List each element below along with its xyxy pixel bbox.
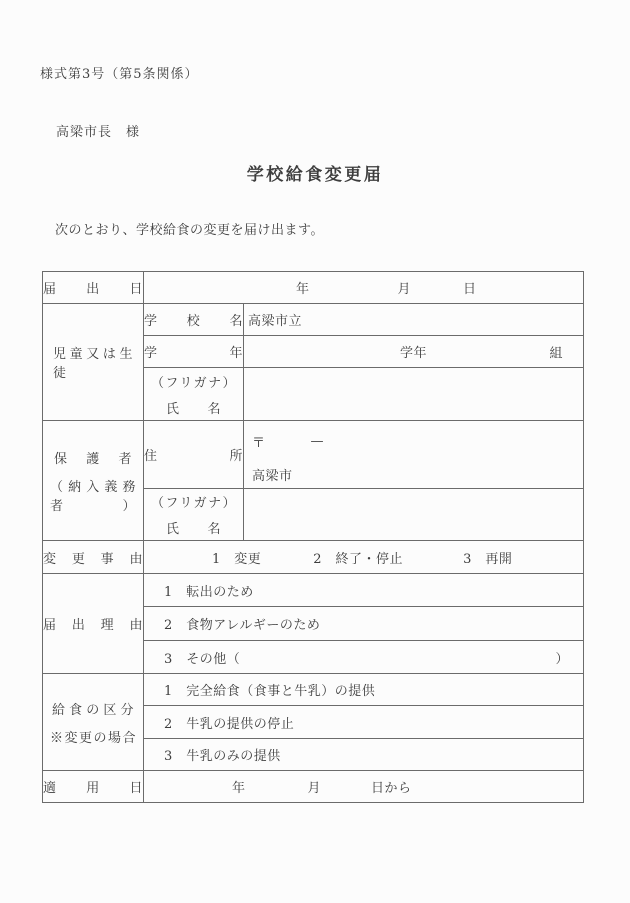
meal-category-item-3: 3 牛乳のみの提供 — [144, 739, 584, 771]
postal-mark: 〒 — [252, 432, 266, 451]
meal-category-row-1: 給食の区分 ※変更の場合 1 完全給食（食事と牛乳）の提供 — [43, 674, 584, 706]
meal-category-text-2: 2 牛乳の提供の停止 — [164, 713, 294, 732]
change-reason-label: 変更事由 — [43, 541, 144, 574]
address-city-value: 高梁市 — [252, 465, 583, 484]
addressee: 高梁市長 様 — [56, 121, 140, 140]
report-date-row: 届出日 年 月 日 — [43, 272, 584, 304]
class-unit-label: 組 — [550, 342, 564, 361]
school-name-value: 高梁市立 — [248, 310, 302, 329]
change-reason-options: 1 変更 2 終了・停止 3 再開 — [144, 541, 584, 574]
apply-day-from-label: 日から — [371, 777, 412, 796]
guardian-furigana-label: （フリガナ） — [144, 492, 243, 511]
student-name-label: （フリガナ） 氏名 — [144, 368, 244, 421]
guardian-section-label: 保護者 （納入義務者） — [43, 421, 144, 541]
grade-field: 学年 組 — [244, 336, 584, 368]
meal-category-text-1: 1 完全給食（食事と牛乳）の提供 — [164, 680, 375, 699]
apply-date-row: 適用日 年 月 日から — [43, 771, 584, 803]
guardian-name-field — [244, 489, 584, 541]
report-reason-text-1: 1 転出のため — [164, 581, 254, 600]
apply-month-label: 月 — [308, 777, 322, 796]
report-reason-item-2: 2 食物アレルギーのため — [144, 607, 584, 641]
report-reason-close-paren: ） — [556, 648, 570, 667]
grade-label: 学年 — [144, 336, 244, 368]
meal-category-label-line1: 給食の区分 — [43, 699, 143, 718]
guardian-name-caption: 氏名 — [144, 518, 243, 537]
student-section-label: 児童又は生徒 — [43, 304, 144, 421]
meal-category-label-line2: ※変更の場合 — [43, 727, 143, 746]
report-date-field: 年 月 日 — [144, 272, 584, 304]
grade-unit-label: 学年 — [400, 346, 427, 361]
school-name-field: 高梁市立 — [244, 304, 584, 336]
form-table: 届出日 年 月 日 児童又は生徒 学校名 高梁市立 学年 学年 — [42, 271, 584, 803]
document-title: 学校給食変更届 — [0, 160, 630, 185]
address-label: 住所 — [144, 421, 244, 489]
meal-category-label: 給食の区分 ※変更の場合 — [43, 674, 144, 771]
student-name-field — [244, 368, 584, 421]
report-reason-text-3: 3 その他（ — [164, 648, 240, 667]
report-reason-text-2: 2 食物アレルギーのため — [164, 614, 320, 633]
change-reason-option-3: 3 再開 — [463, 548, 512, 567]
guardian-address-row: 保護者 （納入義務者） 住所 〒 — 高梁市 — [43, 421, 584, 489]
intro-text: 次のとおり、学校給食の変更を届け出ます。 — [42, 219, 324, 238]
guardian-label-line1: 保護者 — [43, 448, 143, 467]
guardian-name-label: （フリガナ） 氏名 — [144, 489, 244, 541]
document-page: 様式第3号（第5条関係） 高梁市長 様 学校給食変更届 次のとおり、学校給食の変… — [0, 0, 630, 903]
school-name-row: 児童又は生徒 学校名 高梁市立 — [43, 304, 584, 336]
apply-year-label: 年 — [232, 777, 246, 796]
guardian-label-line2: （納入義務者） — [43, 476, 143, 514]
meal-category-text-3: 3 牛乳のみの提供 — [164, 745, 281, 764]
postal-dash: — — [311, 434, 325, 449]
report-reason-label: 届出理由 — [43, 574, 144, 674]
student-furigana-label: （フリガナ） — [144, 372, 243, 391]
report-date-label: 届出日 — [43, 272, 144, 304]
change-reason-option-2: 2 終了・停止 — [313, 548, 403, 567]
day-label: 日 — [463, 278, 477, 297]
change-reason-row: 変更事由 1 変更 2 終了・停止 3 再開 — [43, 541, 584, 574]
report-reason-item-3: 3 その他（ ） — [144, 641, 584, 674]
form-number: 様式第3号（第5条関係） — [40, 63, 199, 82]
meal-category-item-1: 1 完全給食（食事と牛乳）の提供 — [144, 674, 584, 706]
year-label: 年 — [296, 278, 310, 297]
apply-date-field: 年 月 日から — [144, 771, 584, 803]
school-name-label: 学校名 — [144, 304, 244, 336]
student-name-caption: 氏名 — [144, 398, 243, 417]
address-field: 〒 — 高梁市 — [244, 421, 584, 489]
report-reason-row-1: 届出理由 1 転出のため — [43, 574, 584, 607]
meal-category-item-2: 2 牛乳の提供の停止 — [144, 706, 584, 739]
apply-date-label: 適用日 — [43, 771, 144, 803]
change-reason-option-1: 1 変更 — [212, 548, 261, 567]
month-label: 月 — [398, 278, 412, 297]
report-reason-item-1: 1 転出のため — [144, 574, 584, 607]
